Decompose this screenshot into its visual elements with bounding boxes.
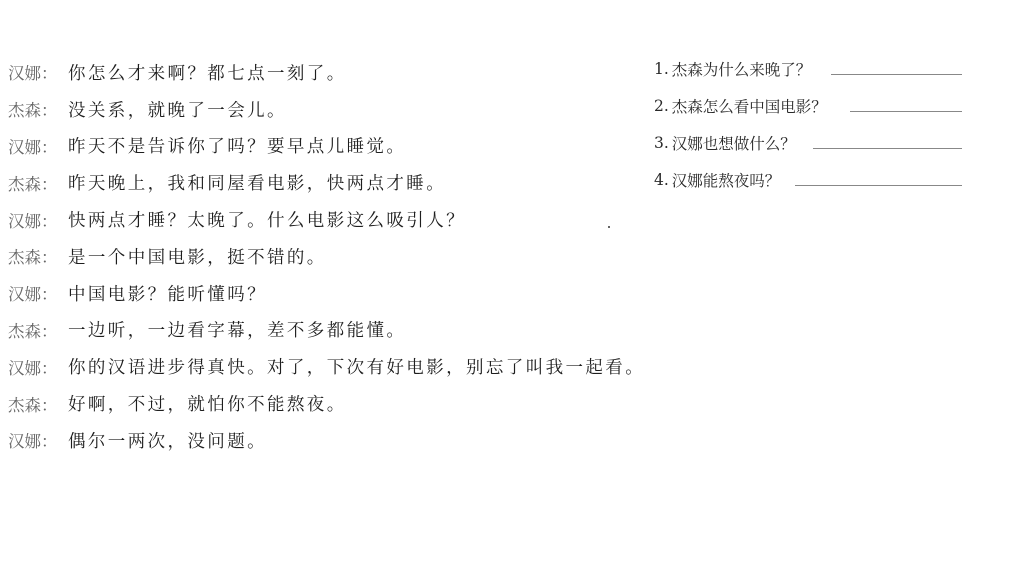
speaker-label: 汉娜： <box>8 60 68 84</box>
answer-blank[interactable] <box>850 111 962 112</box>
speaker-label: 杰森： <box>8 171 68 195</box>
answer-blank[interactable] <box>831 74 962 75</box>
dialogue-line: 汉娜：快两点才睡？太晚了。什么电影这么吸引人？ <box>8 201 645 238</box>
dialogue: 汉娜：你怎么才来啊？都七点一刻了。 杰森：没关系，就晚了一会儿。 汉娜：昨天不是… <box>8 54 645 459</box>
speaker-label: 汉娜： <box>8 428 68 452</box>
dialogue-line: 杰森：昨天晚上，我和同屋看电影，快两点才睡。 <box>8 164 645 201</box>
question-number: 3. <box>654 134 669 152</box>
speech-text: 没关系，就晚了一会儿。 <box>68 97 287 122</box>
speech-text: 偶尔一两次，没问题。 <box>68 428 267 453</box>
comprehension-questions: 1. 杰森为什么来晚了？ 2. 杰森怎么看中国电影？ 3. 汉娜也想做什么？ 4… <box>654 50 994 198</box>
dialogue-line: 汉娜：偶尔一两次，没问题。 <box>8 422 645 459</box>
speaker-label: 杰森： <box>8 244 68 268</box>
speaker-label: 汉娜： <box>8 134 68 158</box>
dialogue-line: 汉娜：你的汉语进步得真快。对了，下次有好电影，别忘了叫我一起看。 <box>8 348 645 385</box>
answer-blank[interactable] <box>795 185 962 186</box>
speech-text: 你的汉语进步得真快。对了，下次有好电影，别忘了叫我一起看。 <box>68 354 645 379</box>
answer-blank[interactable] <box>813 148 962 149</box>
question-item: 1. 杰森为什么来晚了？ <box>654 50 994 87</box>
dialogue-line: 汉娜：中国电影？能听懂吗？ <box>8 275 645 312</box>
speaker-label: 汉娜： <box>8 208 68 232</box>
question-text: 杰森为什么来晚了？ <box>672 58 812 80</box>
question-item: 3. 汉娜也想做什么？ <box>654 124 994 161</box>
dialogue-line: 杰森：没关系，就晚了一会儿。 <box>8 91 645 128</box>
dialogue-line: 杰森：一边听，一边看字幕，差不多都能懂。 <box>8 312 645 349</box>
question-text: 杰森怎么看中国电影？ <box>672 95 827 117</box>
question-item: 2. 杰森怎么看中国电影？ <box>654 87 994 124</box>
dialogue-line: 汉娜：你怎么才来啊？都七点一刻了。 <box>8 54 645 91</box>
speaker-label: 杰森： <box>8 392 68 416</box>
speaker-label: 汉娜： <box>8 281 68 305</box>
question-text: 汉娜能熬夜吗？ <box>672 169 781 191</box>
speaker-label: 汉娜： <box>8 355 68 379</box>
speaker-label: 杰森： <box>8 318 68 342</box>
speech-text: 是一个中国电影，挺不错的。 <box>68 244 327 269</box>
question-number: 1. <box>654 60 669 78</box>
speech-text: 中国电影？能听懂吗？ <box>68 281 267 306</box>
question-item: 4. 汉娜能熬夜吗？ <box>654 161 994 198</box>
dialogue-line: 杰森：是一个中国电影，挺不错的。 <box>8 238 645 275</box>
question-number: 4. <box>654 171 669 189</box>
speech-text: 昨天晚上，我和同屋看电影，快两点才睡。 <box>68 170 446 195</box>
speech-text: 快两点才睡？太晚了。什么电影这么吸引人？ <box>68 207 466 232</box>
speech-text: 你怎么才来啊？都七点一刻了。 <box>68 60 347 85</box>
dialogue-line: 汉娜：昨天不是告诉你了吗？要早点儿睡觉。 <box>8 128 645 165</box>
speaker-label: 杰森： <box>8 97 68 121</box>
speech-text: 好啊，不过，就怕你不能熬夜。 <box>68 391 347 416</box>
stray-mark <box>608 226 610 228</box>
question-text: 汉娜也想做什么？ <box>672 132 796 154</box>
speech-text: 昨天不是告诉你了吗？要早点儿睡觉。 <box>68 133 406 158</box>
question-number: 2. <box>654 97 669 115</box>
dialogue-line: 杰森：好啊，不过，就怕你不能熬夜。 <box>8 385 645 422</box>
speech-text: 一边听，一边看字幕，差不多都能懂。 <box>68 317 406 342</box>
